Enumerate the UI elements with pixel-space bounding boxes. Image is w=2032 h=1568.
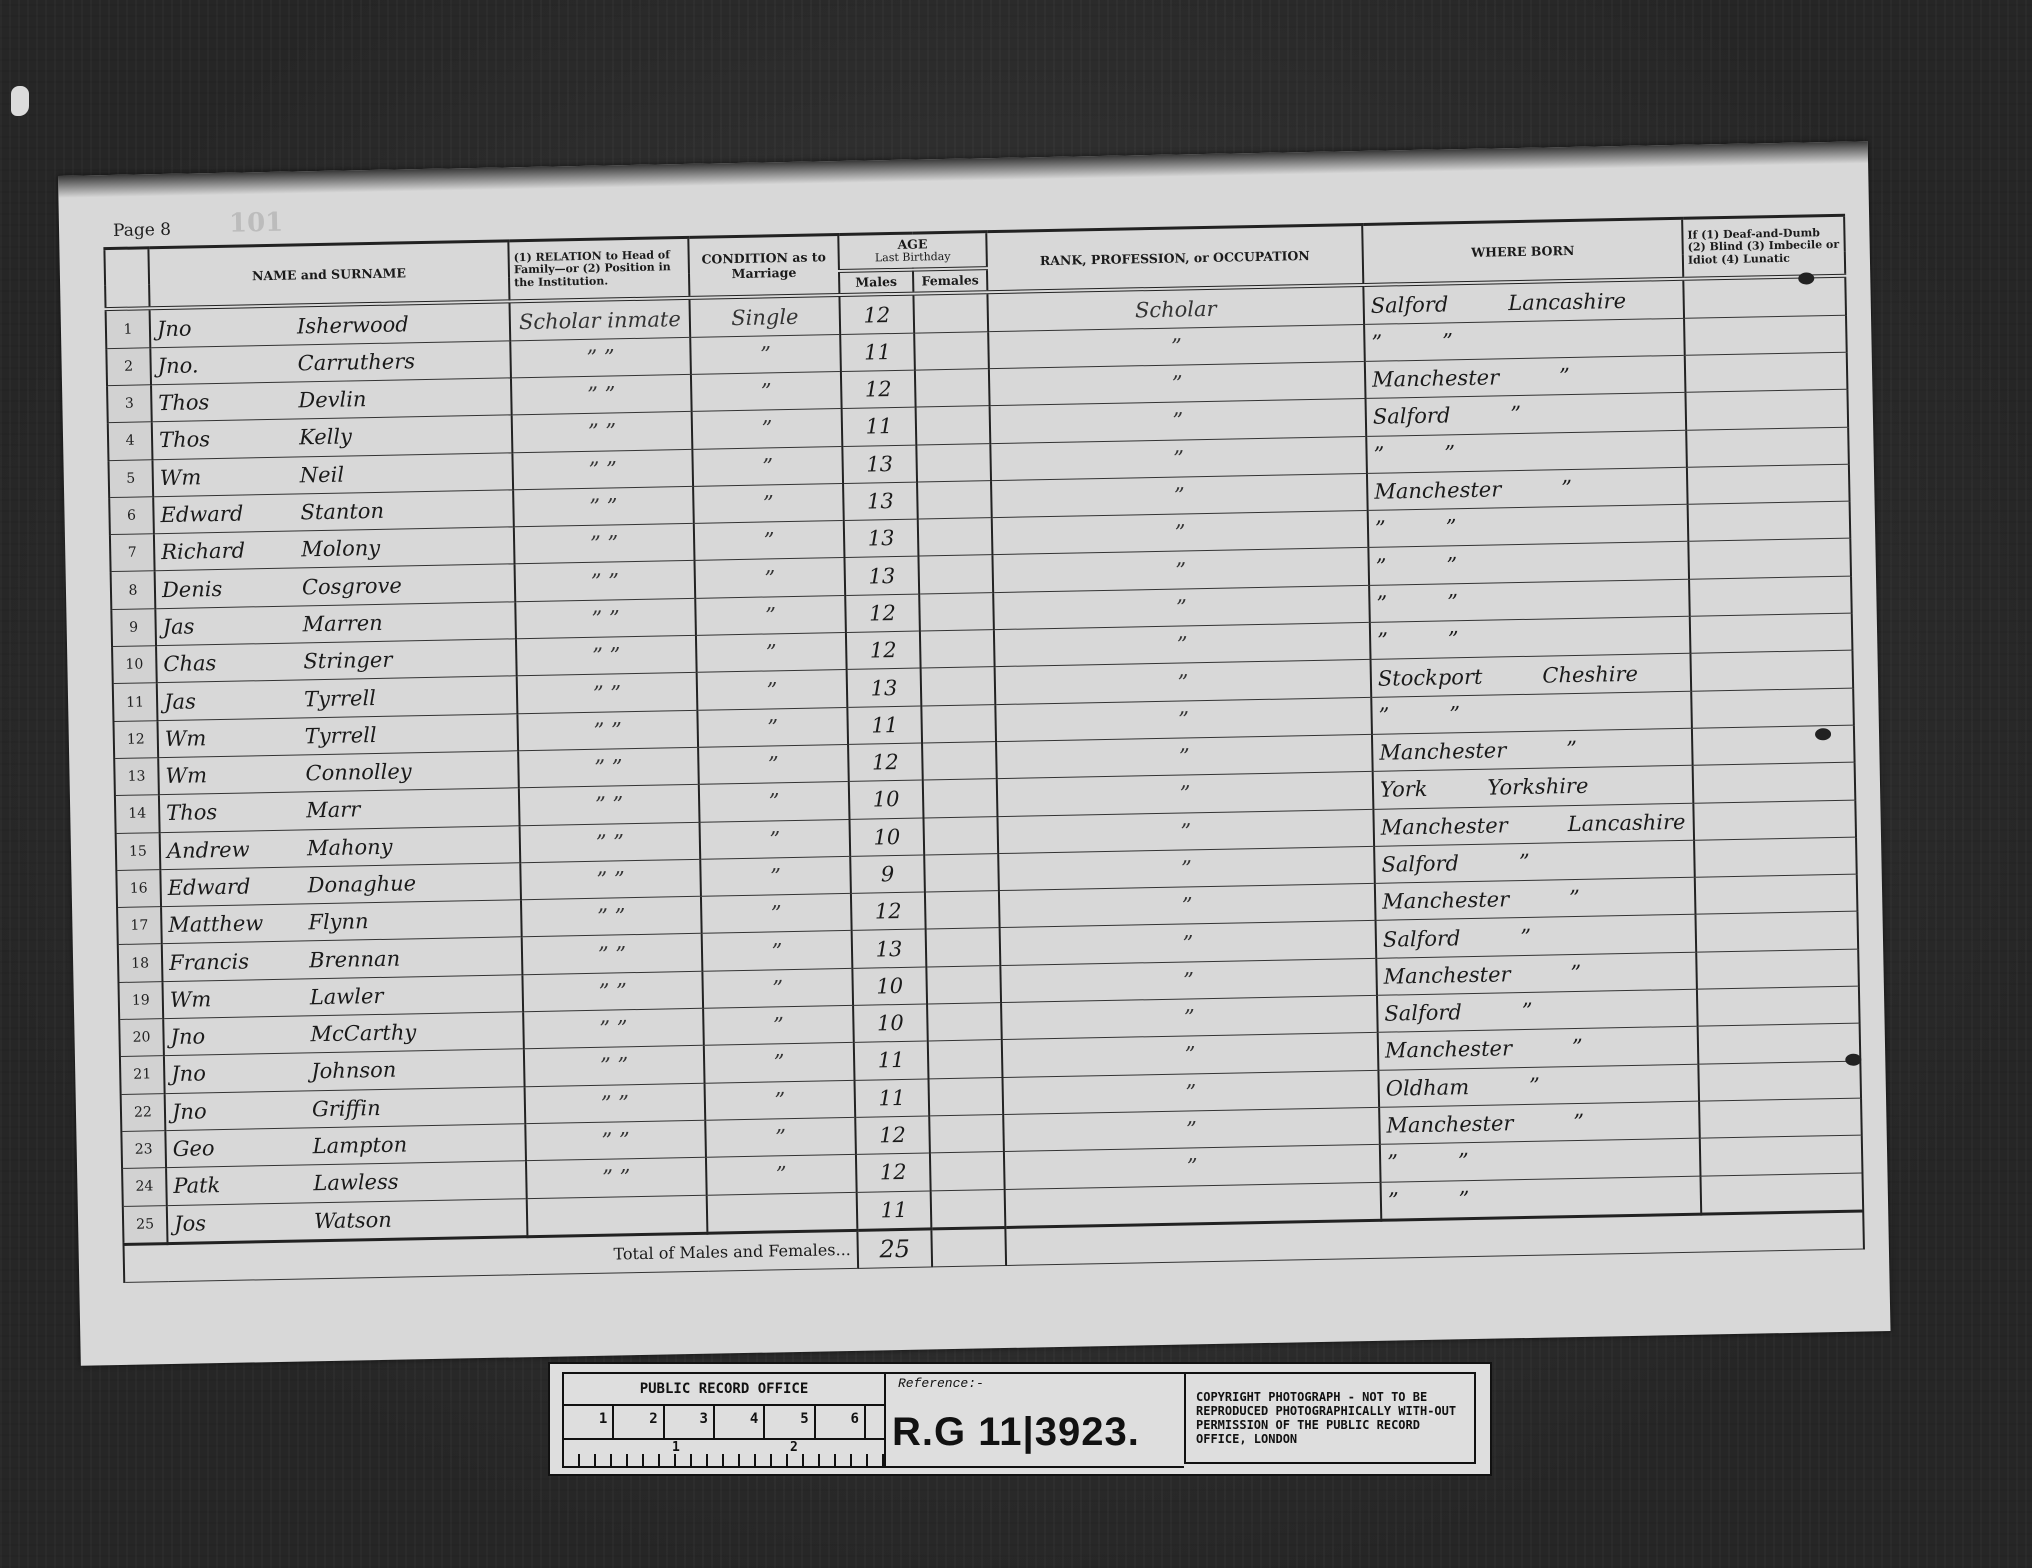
surname: Johnson [311,1058,397,1084]
age-female [917,481,992,520]
age-male: 12 [846,631,921,670]
surname: Flynn [308,909,369,934]
condition: ” [694,521,845,561]
age-female [921,667,996,706]
age-female [916,443,991,482]
where-born: SalfordLancashire [1363,279,1684,324]
schedule-number: 21 [120,1056,165,1094]
condition: ” [692,446,843,486]
infirmity [1685,352,1848,392]
where-born: Manchester” [1379,1101,1700,1144]
age-male: 10 [849,818,924,857]
infirmity [1687,464,1850,504]
scale-tail [866,1406,884,1438]
pro-scale-grid: PUBLIC RECORD OFFICE 123456 1 2 [562,1372,886,1468]
schedule-number: 4 [108,422,153,460]
where-born: Salford” [1366,393,1687,436]
where-born: Salford” [1374,840,1695,883]
forename: Thos [158,389,298,416]
condition: ” [702,968,853,1008]
condition: ” [697,670,848,710]
infirmity [1690,613,1853,653]
relation: ” ” [516,635,697,676]
surname: Griffin [312,1096,381,1121]
age-female [928,1077,1003,1116]
birth-county: ” [1559,364,1570,388]
public-record-office-label: PUBLIC RECORD OFFICE 123456 1 2 Referenc… [548,1362,1492,1476]
forename: Wm [165,761,305,788]
birth-place: Manchester [1372,365,1499,391]
age-male: 10 [852,967,927,1006]
schedule-number: 2 [106,347,151,385]
age-female [924,853,999,892]
age-male: 12 [851,892,926,931]
age-female [928,1040,1003,1079]
condition: ” [695,558,846,598]
birth-place: Manchester [1383,962,1510,988]
surname: Marren [302,611,383,637]
page-number: Page 8 [113,220,171,241]
age-female [926,965,1001,1004]
age-male: 10 [849,780,924,819]
infirmity [1697,986,1860,1026]
birth-place: Manchester [1374,477,1501,503]
age-male: 13 [852,929,927,968]
birth-county: ” [1570,961,1581,985]
relation: ” ” [526,1157,707,1198]
folio-stamp: 101 [229,208,284,239]
condition: Single [689,295,840,337]
census-page: Page 8 101 NAME and SURNAME (1) RELATION… [58,141,1891,1366]
relation: ” ” [510,337,691,378]
condition: ” [705,1080,856,1120]
header-age-title: AGE [897,236,927,252]
schedule-number: 25 [123,1205,168,1244]
infirmity [1683,276,1846,318]
infirmity [1688,501,1851,541]
birth-place: Salford [1383,926,1461,951]
condition: ” [700,819,851,859]
where-born: Manchester” [1372,728,1693,771]
relation: ” ” [520,822,701,863]
age-female [913,293,988,333]
age-male: 9 [850,855,925,894]
surname: Stanton [300,499,384,525]
age-male: 13 [844,557,919,596]
surname: Tyrrell [305,723,377,748]
schedule-number: 20 [119,1019,164,1057]
infirmity [1698,1023,1861,1063]
surname: Connolley [305,759,412,785]
scale-number: 2 [614,1406,664,1438]
age-male: 12 [848,743,923,782]
infirmity [1689,576,1852,616]
birth-county: Lancashire [1508,288,1626,314]
birth-place: Salford [1371,292,1449,317]
relation: ” ” [525,1083,706,1124]
census-rows: 1JnoIsherwoodScholar inmateSingle12Schol… [106,276,1864,1282]
infirmity [1695,874,1858,914]
surname: Kelly [299,425,352,450]
age-male: 13 [843,482,918,521]
age-female [926,928,1001,967]
schedule-number: 15 [116,832,161,870]
age-female [915,369,990,408]
surname: Mahony [307,834,393,860]
forename: Matthew [168,911,308,938]
infirmity [1700,1135,1863,1175]
relation: ” ” [515,598,696,639]
surname: Lawless [313,1170,399,1196]
relation: ” ” [514,524,695,565]
forename: Jos [174,1209,314,1236]
birth-place: ” [1377,629,1388,653]
schedule-number: 18 [118,944,163,982]
schedule-number: 14 [115,795,160,833]
infirmity [1691,688,1854,728]
forename: Wm [160,463,300,490]
age-male: 12 [841,370,916,409]
age-male: 12 [855,1116,930,1155]
forename: Jno [171,1060,311,1087]
birth-county: ” [1458,1187,1469,1211]
surname: Lampton [312,1133,407,1159]
where-born: Manchester” [1365,355,1686,398]
where-born: ”” [1370,616,1691,659]
condition [707,1192,858,1233]
where-born: Manchester” [1376,952,1697,995]
where-born: Salford” [1377,989,1698,1032]
where-born: ”” [1371,691,1692,734]
scale-number: 5 [765,1406,815,1438]
relation: ” ” [525,1120,706,1161]
where-born: ”” [1368,504,1689,547]
surname: Devlin [298,387,367,412]
schedule-number: 8 [111,571,156,609]
birth-place: Manchester [1379,738,1506,764]
header-schedule-no [104,248,149,310]
schedule-number: 23 [121,1131,166,1169]
schedule-number: 12 [113,720,158,758]
header-occupation: RANK, PROFESSION, or OCCUPATION [986,224,1363,292]
where-born: Manchester” [1378,1027,1699,1070]
condition: ” [704,1043,855,1083]
birth-place: ” [1373,442,1384,466]
relation: ” ” [512,412,693,453]
relation: ” ” [515,561,696,602]
forename: Jas [164,687,304,714]
relation: Scholar inmate [509,298,690,340]
schedule-number: 17 [117,907,162,945]
header-age: AGE Last Birthday [838,232,987,271]
infirmity [1698,1061,1861,1101]
where-born: ”” [1366,430,1687,473]
birth-place: York [1380,777,1428,802]
birth-place: ” [1371,330,1382,354]
forename: Francis [169,948,309,975]
where-born: Manchester” [1375,877,1696,920]
birth-county: ” [1561,476,1572,500]
birth-place: ” [1376,591,1387,615]
schedule-number: 24 [122,1168,167,1206]
birth-place: Salford [1373,404,1451,429]
age-male: 11 [854,1041,929,1080]
birth-county: ” [1522,999,1533,1023]
where-born: StockportCheshire [1371,654,1692,697]
ruler-mark-2: 2 [790,1440,798,1455]
header-infirmity: If (1) Deaf-and-Dumb (2) Blind (3) Imbec… [1682,215,1845,279]
age-female [923,816,998,855]
header-females: Females [913,268,987,294]
where-born: Salford” [1376,915,1697,958]
infirmity [1686,427,1849,467]
forename: Thos [159,426,299,453]
condition: ” [697,707,848,747]
forename: Jas [162,612,302,639]
where-born: ”” [1364,318,1685,361]
birth-county: ” [1444,441,1455,465]
age-female [931,1189,1006,1229]
age-female [918,555,993,594]
age-male: 11 [857,1190,932,1230]
scale-number: 4 [715,1406,765,1438]
forename: Edward [160,500,300,527]
birth-place: Manchester [1385,1037,1512,1063]
pro-office-title: PUBLIC RECORD OFFICE [564,1374,884,1406]
header-condition: CONDITION as to Marriage [688,235,839,299]
age-male: 12 [856,1153,931,1192]
header-where-born: WHERE BORN [1362,218,1683,285]
schedule-number: 11 [113,683,158,721]
age-male: 13 [842,445,917,484]
birth-place: Manchester [1386,1111,1513,1137]
birth-county: ” [1572,1035,1583,1059]
condition: ” [690,334,841,374]
header-males: Males [839,270,913,296]
census-table: NAME and SURNAME (1) RELATION to Head of… [103,214,1865,1283]
relation: ” ” [517,710,698,751]
birth-place: Stockport [1378,664,1483,690]
age-male: 13 [844,519,919,558]
condition: ” [695,595,846,635]
condition: ” [700,856,851,896]
infirmity [1688,539,1851,579]
relation: ” ” [518,747,699,788]
condition: ” [701,894,852,934]
infirmity [1696,949,1859,989]
infirmity [1699,1098,1862,1138]
surname: Lawler [310,984,384,1009]
birth-county: Yorkshire [1487,774,1588,800]
relation: ” ” [524,1046,705,1087]
birth-county: Cheshire [1542,661,1638,687]
birth-county: ” [1448,627,1459,651]
forename: Patk [173,1172,313,1199]
surname: Marr [306,798,361,823]
forename: Wm [165,724,305,751]
age-male: 12 [839,294,914,334]
birth-place: ” [1388,1188,1399,1212]
where-born: ”” [1380,1138,1701,1181]
schedule-number: 7 [110,534,155,572]
where-born: ManchesterLancashire [1373,803,1694,846]
age-female [930,1152,1005,1191]
where-born: ”” [1368,542,1689,585]
surname: Isherwood [297,312,409,338]
scale-number: 6 [816,1406,866,1438]
reference-label: Reference:- [898,1376,984,1391]
schedule-number: 1 [106,309,151,349]
forename: Edward [167,873,307,900]
schedule-number: 9 [111,608,156,646]
infirmity [1684,315,1847,355]
condition: ” [691,371,842,411]
forename: Andrew [167,836,307,863]
relation: ” ” [523,1008,704,1049]
relation: ” ” [520,859,701,900]
birth-county: ” [1449,702,1460,726]
infirmity [1690,650,1853,690]
schedule-number: 19 [118,981,163,1019]
condition: ” [705,1117,856,1157]
birth-county: ” [1442,329,1453,353]
scale-number: 3 [665,1406,715,1438]
where-born: Oldham” [1378,1064,1699,1107]
relation [527,1195,708,1237]
age-female [922,742,997,781]
relation: ” ” [513,486,694,527]
age-female [929,1114,1004,1153]
header-age-sub: Last Birthday [844,251,982,266]
film-marker [11,86,29,116]
surname: Cosgrove [302,573,402,599]
birth-place: Oldham [1386,1075,1470,1101]
infirmity [1694,837,1857,877]
pro-scale-numbers: 123456 [564,1406,884,1440]
infirmity [1695,912,1858,952]
condition: ” [693,483,844,523]
birth-county: ” [1566,737,1577,761]
condition: ” [703,1005,854,1045]
relation: ” ” [511,374,692,415]
where-born: ”” [1369,579,1690,622]
where-born: Manchester” [1367,467,1688,510]
birth-county: ” [1569,886,1580,910]
birth-county: ” [1529,1073,1540,1097]
infirmity [1685,389,1848,429]
birth-place: Salford [1384,1000,1462,1025]
condition: ” [702,931,853,971]
total-females [931,1227,1006,1267]
birth-county: ” [1519,850,1530,874]
age-female [920,630,995,669]
age-male: 10 [853,1004,928,1043]
reference-value: R.G 11|3923. [892,1410,1140,1455]
age-male: 13 [847,668,922,707]
forename: Jno [157,314,297,341]
age-female [923,779,998,818]
birth-county: ” [1446,516,1457,540]
schedule-number: 16 [116,870,161,908]
birth-county: ” [1446,553,1457,577]
age-female [916,406,991,445]
forename: Geo [172,1134,312,1161]
condition: ” [692,409,843,449]
schedule-number: 13 [114,758,159,796]
birth-county: ” [1458,1149,1469,1173]
forename: Richard [161,538,301,565]
infirmity [1693,800,1856,840]
copyright-notice: COPYRIGHT PHOTOGRAPH - NOT TO BE REPRODU… [1184,1372,1476,1464]
pro-reference-box: Reference:- R.G 11|3923. [884,1372,1184,1468]
age-male: 12 [845,594,920,633]
surname: Molony [301,536,380,562]
age-male: 11 [847,706,922,745]
birth-place: ” [1375,517,1386,541]
where-born: YorkYorkshire [1373,765,1694,808]
total-value: 25 [857,1229,932,1269]
birth-place: ” [1376,554,1387,578]
age-male: 11 [840,333,915,372]
schedule-number: 22 [121,1093,166,1131]
condition: ” [696,633,847,673]
birth-county: ” [1510,402,1521,426]
condition: ” [698,744,849,784]
condition: ” [706,1155,857,1195]
birth-county: ” [1447,590,1458,614]
header-name: NAME and SURNAME [148,241,509,309]
surname: Tyrrell [304,685,376,710]
age-female [921,704,996,743]
schedule-number: 3 [107,385,152,423]
birth-county: ” [1520,924,1531,948]
surname: Watson [314,1207,392,1232]
birth-place: ” [1387,1151,1398,1175]
age-male: 11 [842,407,917,446]
relation: ” ” [521,896,702,937]
forename: Jno. [157,351,297,378]
forename: Wm [170,985,310,1012]
age-female [927,1003,1002,1042]
birth-place: Salford [1381,851,1459,876]
pro-ruler: 1 2 [564,1440,884,1468]
relation: ” ” [512,449,693,490]
surname: Carruthers [297,349,415,375]
relation: ” ” [517,673,698,714]
relation: ” ” [519,785,700,826]
infirmity [1693,762,1856,802]
surname: Donaghue [307,871,416,897]
age-male: 11 [855,1079,930,1118]
birth-place: ” [1378,703,1389,727]
surname: Stringer [303,648,392,674]
birth-county: ” [1573,1110,1584,1134]
schedule-number: 6 [109,497,154,535]
age-female [914,331,989,370]
age-female [925,891,1000,930]
relation: ” ” [522,934,703,975]
schedule-number: 10 [112,646,157,684]
surname: McCarthy [310,1020,416,1046]
age-female [918,518,993,557]
age-female [919,592,994,631]
forename: Denis [162,575,302,602]
ruler-mark-1: 1 [672,1440,680,1455]
forename: Jno [172,1097,312,1124]
condition: ” [699,782,850,822]
where-born: ”” [1381,1176,1702,1220]
header-relation: (1) RELATION to Head of Family—or (2) Po… [508,237,689,301]
